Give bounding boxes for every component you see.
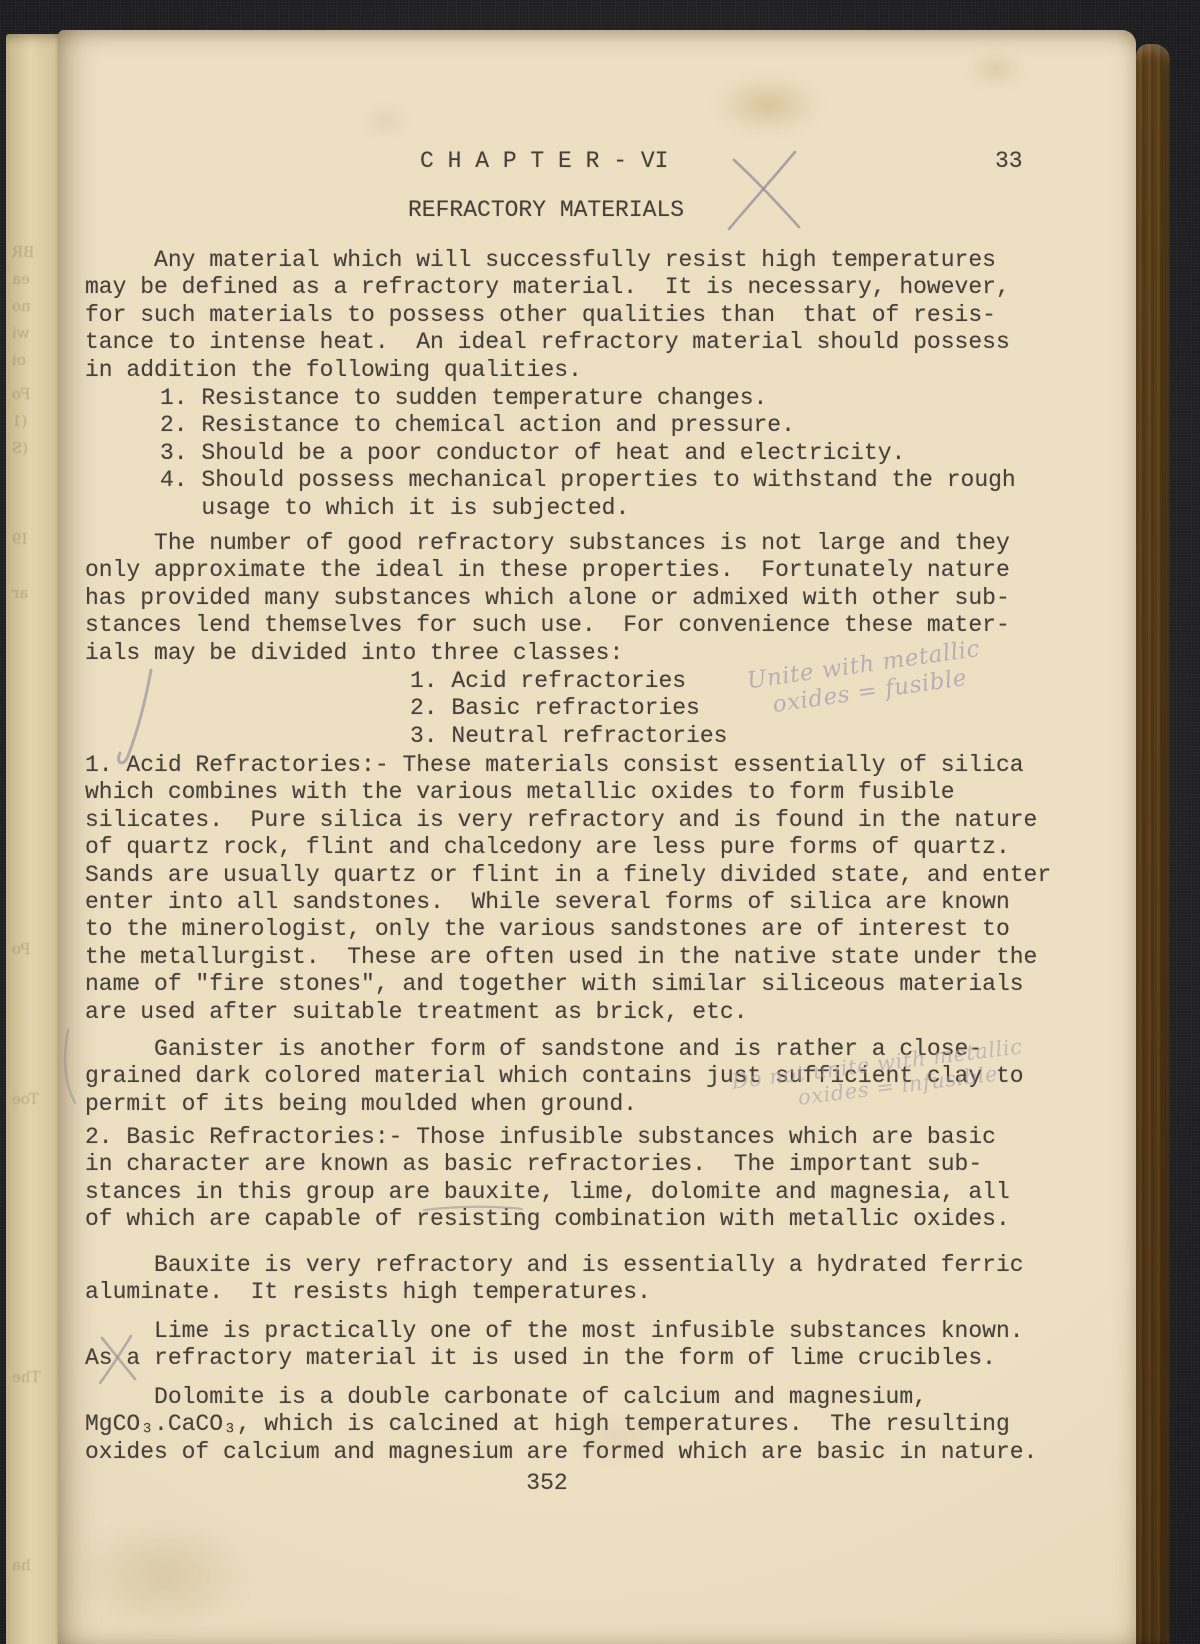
handwritten-line: oxides = fusible [771, 663, 985, 718]
bleed-through-text: BR [12, 243, 34, 261]
list-refractory-classes: 1. Acid refractories 2. Basic refractori… [410, 668, 727, 750]
list-qualities: 1. Resistance to sudden temperature chan… [160, 385, 1016, 522]
bleed-through-text: Po [12, 940, 31, 958]
bleed-through-text: The [12, 1368, 41, 1386]
page-number: 33 [995, 148, 1023, 175]
paragraph-substances: The number of good refractory substances… [85, 530, 1010, 667]
section-title: REFRACTORY MATERIALS [408, 197, 684, 224]
bleed-through-text: ea [12, 270, 30, 288]
bleed-through-text: oi [12, 351, 26, 369]
bleed-through-text: Toe [12, 1090, 39, 1108]
paragraph-intro: Any material which will successfully res… [85, 247, 1010, 384]
foxing-stain [698, 68, 838, 142]
bleed-through-text: (S [12, 439, 28, 457]
book-photo: BR ea no wi oi Fo (1 (S I9 ar Po Toe The… [0, 0, 1200, 1644]
bleed-through-text: wi [12, 324, 30, 342]
sheet-number: 352 [447, 1470, 647, 1497]
foxing-stain [358, 106, 412, 136]
paragraph-bauxite: Bauxite is very refractory and is essent… [85, 1252, 1024, 1307]
paragraph-acid-refractories: 1. Acid Refractories:- These materials c… [85, 752, 1051, 1026]
foxing-stain [958, 48, 1034, 90]
pencil-slash-mark [119, 670, 151, 763]
bleed-through-text: no [12, 297, 31, 315]
foxing-stain [44, 1500, 284, 1644]
pencil-margin-curve [65, 1030, 75, 1103]
chapter-heading: C H A P T E R - VI [420, 148, 668, 175]
paragraph-dolomite: Dolomite is a double carbonate of calciu… [85, 1384, 1037, 1466]
paragraph-basic-refractories: 2. Basic Refractories:- Those infusible … [85, 1124, 1010, 1234]
bleed-through-text: Fo [12, 385, 31, 403]
paragraph-lime: Lime is practically one of the most infu… [85, 1318, 1024, 1373]
bleed-through-text: I9 [12, 530, 27, 548]
typescript-page: C H A P T E R - VI 33 REFRACTORY MATERIA… [58, 30, 1136, 1644]
bleed-through-text: ha [12, 1556, 31, 1574]
previous-page-edge: BR ea no wi oi Fo (1 (S I9 ar Po Toe The… [6, 34, 60, 1644]
bleed-through-text: ar [12, 584, 28, 602]
paragraph-ganister: Ganister is another form of sandstone an… [85, 1036, 1024, 1118]
bleed-through-text: (1 [12, 412, 27, 430]
pencil-x-mark-header [729, 152, 795, 229]
pencil-x-mark-header [734, 160, 799, 227]
book-fore-edge [1136, 44, 1170, 1644]
